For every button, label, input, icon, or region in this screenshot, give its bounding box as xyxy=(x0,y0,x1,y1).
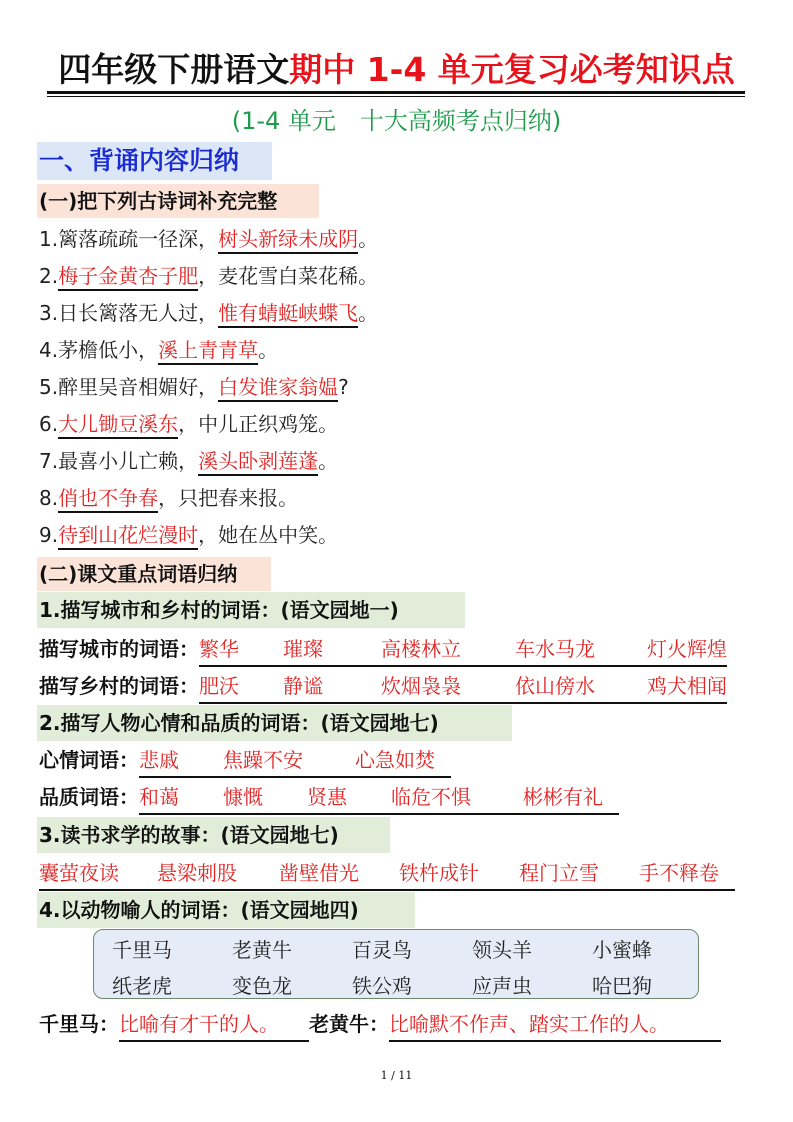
line-number: 5. xyxy=(39,375,58,399)
poem-line-5: 5.醉里吴音相媚好，白发谁家翁媪? xyxy=(39,372,349,402)
title-rule-thin xyxy=(47,96,745,97)
poem-line-2: 2.梅子金黄杏子肥，麦花雪白菜花稀。 xyxy=(39,261,378,291)
word: 焦躁不安 xyxy=(223,744,355,776)
poem-line-4: 4.茅檐低小，溪上青青草。 xyxy=(39,335,278,365)
animal-word: 变色龙 xyxy=(232,970,352,999)
document-subtitle: (1-4 单元 十大高频考点归纳) xyxy=(0,104,793,138)
word: 贤惠 xyxy=(307,781,391,813)
village-words-list: 肥沃静谧炊烟袅袅依山傍水鸡犬相闻 xyxy=(199,670,727,704)
line-text: 。 xyxy=(358,227,378,251)
word: 依山傍水 xyxy=(515,670,647,702)
word: 临危不惧 xyxy=(391,781,523,813)
answer-text: 树头新绿未成阴 xyxy=(218,227,358,254)
word: 铁杵成针 xyxy=(399,857,519,889)
line-text: ，只把春来报。 xyxy=(158,486,298,510)
animal-word: 哈巴狗 xyxy=(592,970,712,999)
line-number: 3. xyxy=(39,301,58,325)
animal-meanings-row: 千里马：比喻有才干的人。老黄牛：比喻默不作声、踏实工作的人。 xyxy=(39,1008,721,1042)
line-number: 7. xyxy=(39,449,58,473)
line-text: ? xyxy=(338,375,349,399)
line-text: 日长篱落无人过， xyxy=(58,301,218,325)
word: 车水马龙 xyxy=(515,633,647,665)
word: 鸡犬相闻 xyxy=(647,670,727,702)
quality-words-label: 品质词语： xyxy=(39,785,139,809)
animal-word: 千里马 xyxy=(112,934,232,963)
answer-text: 梅子金黄杏子肥 xyxy=(58,264,198,291)
animal-word: 老黄牛 xyxy=(232,934,352,963)
line-text: 。 xyxy=(358,301,378,325)
group-heading-city-village: 1.描写城市和乡村的词语：(语文园地一) xyxy=(37,592,465,628)
word: 炊烟袅袅 xyxy=(381,670,515,702)
line-text: ，她在丛中笑。 xyxy=(198,523,338,547)
word: 慷慨 xyxy=(223,781,307,813)
word: 繁华 xyxy=(199,633,269,665)
group-heading-mood-quality: 2.描写人物心情和品质的词语：(语文园地七) xyxy=(37,705,512,741)
quality-words-list: 和蔼慷慨贤惠临危不惧彬彬有礼 xyxy=(139,781,619,815)
animal-word: 百灵鸟 xyxy=(352,934,472,963)
meaning-label: 老黄牛： xyxy=(309,1012,389,1036)
animal-word: 纸老虎 xyxy=(112,970,232,999)
page-number: 1 / 11 xyxy=(0,1069,793,1082)
answer-text: 大儿锄豆溪东 xyxy=(58,412,178,439)
line-text: ，麦花雪白菜花稀。 xyxy=(198,264,378,288)
title-rule-thick xyxy=(47,91,745,94)
word: 程门立雪 xyxy=(519,857,639,889)
line-text: 。 xyxy=(318,449,338,473)
quality-words-row: 品质词语：和蔼慷慨贤惠临危不惧彬彬有礼 xyxy=(39,781,619,815)
answer-text: 待到山花烂漫时 xyxy=(58,523,198,550)
line-number: 4. xyxy=(39,338,58,362)
meaning-text: 比喻有才干的人。 xyxy=(119,1008,309,1042)
line-number: 2. xyxy=(39,264,58,288)
line-text: 。 xyxy=(258,338,278,362)
poem-line-1: 1.篱落疏疏一径深，树头新绿未成阴。 xyxy=(39,224,378,254)
poem-line-9: 9.待到山花烂漫时，她在丛中笑。 xyxy=(39,520,338,550)
subsection-heading-vocabulary: (二)课文重点词语归纳 xyxy=(37,557,271,591)
line-text: 最喜小儿亡赖， xyxy=(58,449,198,473)
answer-text: 惟有蜻蜓峡蝶飞 xyxy=(218,301,358,328)
line-text: ，中儿正织鸡笼。 xyxy=(178,412,338,436)
title-part-black: 四年级下册语文 xyxy=(58,50,289,89)
word: 高楼林立 xyxy=(381,633,515,665)
word: 心急如焚 xyxy=(355,744,435,776)
village-words-label: 描写乡村的词语： xyxy=(39,674,199,698)
poem-line-8: 8.俏也不争春，只把春来报。 xyxy=(39,483,298,513)
study-stories-row: 囊萤夜读悬梁刺股凿壁借光铁杵成针程门立雪手不释卷 xyxy=(39,857,735,891)
poem-line-6: 6.大儿锄豆溪东，中儿正织鸡笼。 xyxy=(39,409,338,439)
animal-word: 小蜜蜂 xyxy=(592,934,712,963)
word: 凿壁借光 xyxy=(279,857,399,889)
word: 和蔼 xyxy=(139,781,223,813)
line-number: 8. xyxy=(39,486,58,510)
answer-text: 溪头卧剥莲蓬 xyxy=(198,449,318,476)
line-number: 9. xyxy=(39,523,58,547)
village-words-row: 描写乡村的词语：肥沃静谧炊烟袅袅依山傍水鸡犬相闻 xyxy=(39,670,727,704)
word: 囊萤夜读 xyxy=(39,857,157,889)
animal-word: 铁公鸡 xyxy=(352,970,472,999)
word: 彬彬有礼 xyxy=(523,781,603,813)
meaning-text: 比喻默不作声、踏实工作的人。 xyxy=(389,1008,721,1042)
line-number: 6. xyxy=(39,412,58,436)
animal-metaphor-box: 千里马老黄牛百灵鸟领头羊小蜜蜂 纸老虎变色龙铁公鸡应声虫哈巴狗 xyxy=(93,929,699,999)
word: 璀璨 xyxy=(269,633,381,665)
group-heading-animal-metaphors: 4.以动物喻人的词语：(语文园地四) xyxy=(37,892,415,928)
animal-row-2: 纸老虎变色龙铁公鸡应声虫哈巴狗 xyxy=(112,970,712,999)
word: 肥沃 xyxy=(199,670,269,702)
city-words-list: 繁华璀璨高楼林立车水马龙灯火辉煌 xyxy=(199,633,727,667)
animal-word: 领头羊 xyxy=(472,934,592,963)
poem-line-3: 3.日长篱落无人过，惟有蜻蜓峡蝶飞。 xyxy=(39,298,378,328)
mood-words-list: 悲戚焦躁不安心急如焚 xyxy=(139,744,451,778)
line-number: 1. xyxy=(39,227,58,251)
group-heading-study-stories: 3.读书求学的故事：(语文园地七) xyxy=(37,817,390,853)
line-text: 醉里吴音相媚好， xyxy=(58,375,218,399)
answer-text: 白发谁家翁媪 xyxy=(218,375,338,402)
answer-text: 溪上青青草 xyxy=(158,338,258,365)
animal-word: 应声虫 xyxy=(472,970,592,999)
word: 悲戚 xyxy=(139,744,223,776)
poem-line-7: 7.最喜小儿亡赖，溪头卧剥莲蓬。 xyxy=(39,446,338,476)
word: 手不释卷 xyxy=(639,857,719,889)
answer-text: 俏也不争春 xyxy=(58,486,158,513)
animal-row-1: 千里马老黄牛百灵鸟领头羊小蜜蜂 xyxy=(112,934,712,963)
city-words-row: 描写城市的词语：繁华璀璨高楼林立车水马龙灯火辉煌 xyxy=(39,633,727,667)
subsection-heading-poems: (一)把下列古诗词补充完整 xyxy=(37,184,319,218)
document-title: 四年级下册语文期中 1-4 单元复习必考知识点 xyxy=(0,48,793,92)
mood-words-label: 心情词语： xyxy=(39,748,139,772)
meaning-label: 千里马： xyxy=(39,1012,119,1036)
city-words-label: 描写城市的词语： xyxy=(39,637,199,661)
word: 灯火辉煌 xyxy=(647,633,727,665)
section-heading-recitation: 一、背诵内容归纳 xyxy=(37,142,272,180)
line-text: 茅檐低小， xyxy=(58,338,158,362)
mood-words-row: 心情词语：悲戚焦躁不安心急如焚 xyxy=(39,744,451,778)
word: 悬梁刺股 xyxy=(157,857,279,889)
word: 静谧 xyxy=(269,670,381,702)
study-stories-list: 囊萤夜读悬梁刺股凿壁借光铁杵成针程门立雪手不释卷 xyxy=(39,857,735,891)
line-text: 篱落疏疏一径深， xyxy=(58,227,218,251)
title-part-red: 期中 1-4 单元复习必考知识点 xyxy=(289,50,735,89)
